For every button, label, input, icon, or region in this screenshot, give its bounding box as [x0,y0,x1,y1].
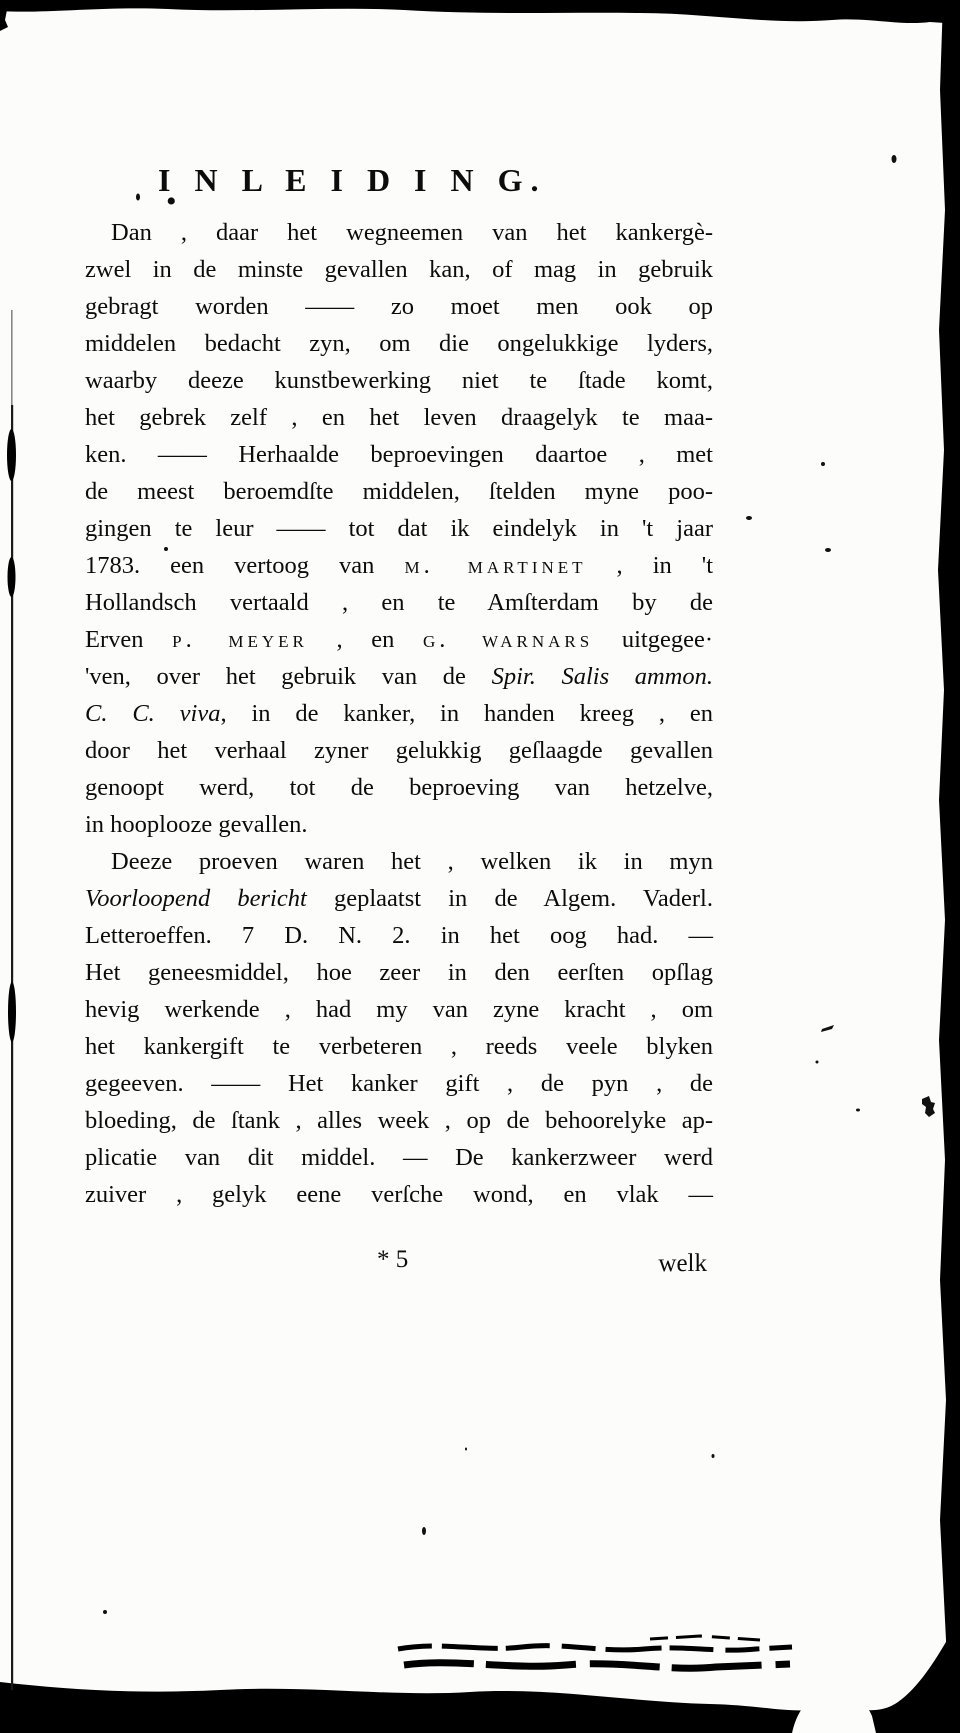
text-segment: Spir. Salis ammon. [492,663,713,690]
text-segment: Deeze proeven waren het , welken ik in m… [111,848,713,875]
text-segment: gingen te leur —— tot dat ik eindelyk in… [85,515,713,542]
scan-edge-top [0,0,960,24]
text-line: Erven p. meyer , en g. warnars uitgegee· [85,621,713,658]
text-segment: , in de kanker, in handen kreeg , en [220,700,713,727]
text-segment: ken. —— Herhaalde beproevingen daartoe ,… [85,441,713,468]
text-segment: , in 't [587,552,713,579]
text-line: de meest beroemdſte middelen, ſtelden my… [85,473,713,510]
text-line: zuiver , gelyk eene verſche wond, en vla… [85,1176,713,1213]
text-line: het gebrek zelf , en het leven draagelyk… [85,399,713,436]
scan-streak-faint [650,1636,760,1640]
text-line: Dan , daar het wegneemen van het kankerg… [85,214,713,251]
text-line: door het verhaal zyner gelukkig geſlaagd… [85,732,713,769]
scanned-page: I N L E I D I N G. • Dan , daar het wegn… [0,0,960,1733]
scan-streak-upper [398,1646,792,1650]
gutter-blob [8,557,16,597]
scan-edge-right [938,0,960,1733]
text-segment: genoopt werd, tot de beproeving van hetz… [85,774,713,801]
text-line: C. C. viva, in de kanker, in handen kree… [85,695,713,732]
text-line: gebragt worden —— zo moet men ook op [85,288,713,325]
text-line: in hooplooze gevallen. [85,806,713,843]
text-segment: het kankergift te verbeteren , reeds vee… [85,1033,713,1060]
text-segment: m. martinet [404,552,586,579]
gutter-blob [7,429,16,481]
text-segment: Letteroeffen. 7 D. N. 2. in het oog had.… [85,922,713,949]
scan-edge-bottom-notch [792,1692,876,1733]
text-segment: 1783. een vertoog van [85,552,404,579]
text-segment: p. meyer [172,626,308,653]
text-line: bloeding, de ſtank , alles week , op de … [85,1102,713,1139]
text-segment: Voorloopend bericht [85,885,307,912]
text-line: middelen bedacht zyn, om die ongelukkige… [85,325,713,362]
text-segment: hevig werkende , had my van zyne kracht … [85,996,713,1023]
text-line: Het geneesmiddel, hoe zeer in den eerſte… [85,954,713,991]
text-segment: 'ven, over het gebruik van de [85,663,492,690]
gutter-blob [8,982,16,1042]
text-line: Letteroeffen. 7 D. N. 2. in het oog had.… [85,917,713,954]
text-line: ken. —— Herhaalde beproevingen daartoe ,… [85,436,713,473]
scan-edge-top-left-blob [0,8,8,31]
text-segment: plicatie van dit middel. — De kankerzwee… [85,1144,713,1171]
text-segment: gegeeven. —— Het kanker gift , de pyn , … [85,1070,713,1097]
signature-row: * 5 welk [85,1246,713,1283]
text-segment: Het geneesmiddel, hoe zeer in den eerſte… [85,959,713,986]
text-segment: Dan , daar het wegneemen van het kankerg… [111,219,713,246]
text-line: 1783. een vertoog van m. martinet , in '… [85,547,713,584]
text-segment: waarby deeze kunstbewerking niet te ſtad… [85,367,713,394]
text-line: 'ven, over het gebruik van de Spir. Sali… [85,658,713,695]
text-segment: Erven [85,626,172,653]
text-segment: in hooplooze gevallen. [85,811,307,838]
catchword: welk [658,1250,707,1278]
text-line: genoopt werd, tot de beproeving van hetz… [85,769,713,806]
text-segment: zwel in de minste gevallen kan, of mag i… [85,256,713,283]
text-segment: , en [308,626,423,653]
text-line: Deeze proeven waren het , welken ik in m… [85,843,713,880]
text-line: gegeeven. —— Het kanker gift , de pyn , … [85,1065,713,1102]
text-segment: geplaatst in de Algem. Vaderl. [307,885,713,912]
text-line: waarby deeze kunstbewerking niet te ſtad… [85,362,713,399]
text-segment: uitgegee· [593,626,713,653]
page-title: I N L E I D I N G. [158,162,547,199]
gutter-line-light [11,310,13,405]
text-segment: g. warnars [423,626,593,653]
text-segment: bloeding, de ſtank , alles week , op de … [85,1107,713,1134]
heading-ornament: • [166,190,177,214]
scan-edge-bottom [0,1628,960,1733]
text-segment: gebragt worden —— zo moet men ook op [85,293,713,320]
text-line: plicatie van dit middel. — De kankerzwee… [85,1139,713,1176]
text-line: Hollandsch vertaald , en te Amſterdam by… [85,584,713,621]
text-segment: door het verhaal zyner gelukkig geſlaagd… [85,737,713,764]
text-segment: middelen bedacht zyn, om die ongelukkige… [85,330,713,357]
text-segment: C. C. viva [85,700,220,727]
text-line: het kankergift te verbeteren , reeds vee… [85,1028,713,1065]
text-segment: het gebrek zelf , en het leven draagelyk… [85,404,713,431]
text-line: Voorloopend bericht geplaatst in de Alge… [85,880,713,917]
text-segment: Hollandsch vertaald , en te Amſterdam by… [85,589,713,616]
text-segment: de meest beroemdſte middelen, ſtelden my… [85,478,713,505]
gutter-line [11,405,13,1690]
text-line: gingen te leur —— tot dat ik eindelyk in… [85,510,713,547]
text-line: zwel in de minste gevallen kan, of mag i… [85,251,713,288]
text-line: hevig werkende , had my van zyne kracht … [85,991,713,1028]
body-text: Dan , daar het wegneemen van het kankerg… [85,214,713,1213]
text-segment: zuiver , gelyk eene verſche wond, en vla… [85,1181,713,1208]
signature-mark: * 5 [377,1246,408,1274]
scan-streak-lower [404,1663,790,1669]
